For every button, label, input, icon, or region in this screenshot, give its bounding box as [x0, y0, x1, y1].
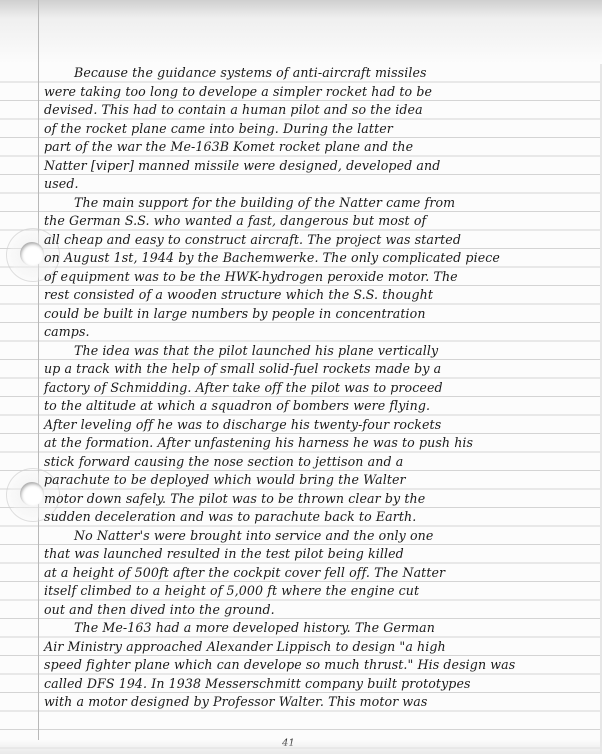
margin-line — [38, 0, 39, 740]
handwritten-text: Because the guidance systems of anti-air… — [44, 64, 584, 712]
text-line: with a motor designed by Professor Walte… — [44, 693, 584, 712]
notebook-page: Because the guidance systems of anti-air… — [0, 0, 602, 754]
text-line: camps. — [44, 323, 584, 342]
text-line: devised. This had to contain a human pil… — [44, 101, 584, 120]
text-line: motor down safely. The pilot was to be t… — [44, 490, 584, 509]
text-line: were taking too long to develope a simpl… — [44, 83, 584, 102]
text-line: rest consisted of a wooden structure whi… — [44, 286, 584, 305]
text-line: to the altitude at which a squadron of b… — [44, 397, 584, 416]
text-line: Because the guidance systems of anti-air… — [44, 64, 584, 83]
text-line: of the rocket plane came into being. Dur… — [44, 120, 584, 139]
text-line: stick forward causing the nose section t… — [44, 453, 584, 472]
page-bottom-edge — [0, 740, 602, 754]
text-line: Natter [viper] manned missile were desig… — [44, 157, 584, 176]
text-line: The main support for the building of the… — [44, 194, 584, 213]
text-line: speed fighter plane which can develope s… — [44, 656, 584, 675]
text-line: at the formation. After unfastening his … — [44, 434, 584, 453]
text-line: After leveling off he was to discharge h… — [44, 416, 584, 435]
text-line: part of the war the Me-163B Komet rocket… — [44, 138, 584, 157]
text-line: used. — [44, 175, 584, 194]
text-line: Air Ministry approached Alexander Lippis… — [44, 638, 584, 657]
text-line: of equipment was to be the HWK-hydrogen … — [44, 268, 584, 287]
page-top-shadow — [0, 0, 602, 64]
text-line: No Natter's were brought into service an… — [44, 527, 584, 546]
text-line: all cheap and easy to construct aircraft… — [44, 231, 584, 250]
text-line: called DFS 194. In 1938 Messerschmitt co… — [44, 675, 584, 694]
text-line: The Me-163 had a more developed history.… — [44, 619, 584, 638]
text-line: that was launched resulted in the test p… — [44, 545, 584, 564]
text-line: at a height of 500ft after the cockpit c… — [44, 564, 584, 583]
text-line: out and then dived into the ground. — [44, 601, 584, 620]
text-line: on August 1st, 1944 by the Bachemwerke. … — [44, 249, 584, 268]
text-line: up a track with the help of small solid-… — [44, 360, 584, 379]
text-line: sudden deceleration and was to parachute… — [44, 508, 584, 527]
text-line: could be built in large numbers by peopl… — [44, 305, 584, 324]
text-line: The idea was that the pilot launched his… — [44, 342, 584, 361]
text-line: parachute to be deployed which would bri… — [44, 471, 584, 490]
text-line: itself climbed to a height of 5,000 ft w… — [44, 582, 584, 601]
text-line: the German S.S. who wanted a fast, dange… — [44, 212, 584, 231]
text-line: factory of Schmidding. After take off th… — [44, 379, 584, 398]
